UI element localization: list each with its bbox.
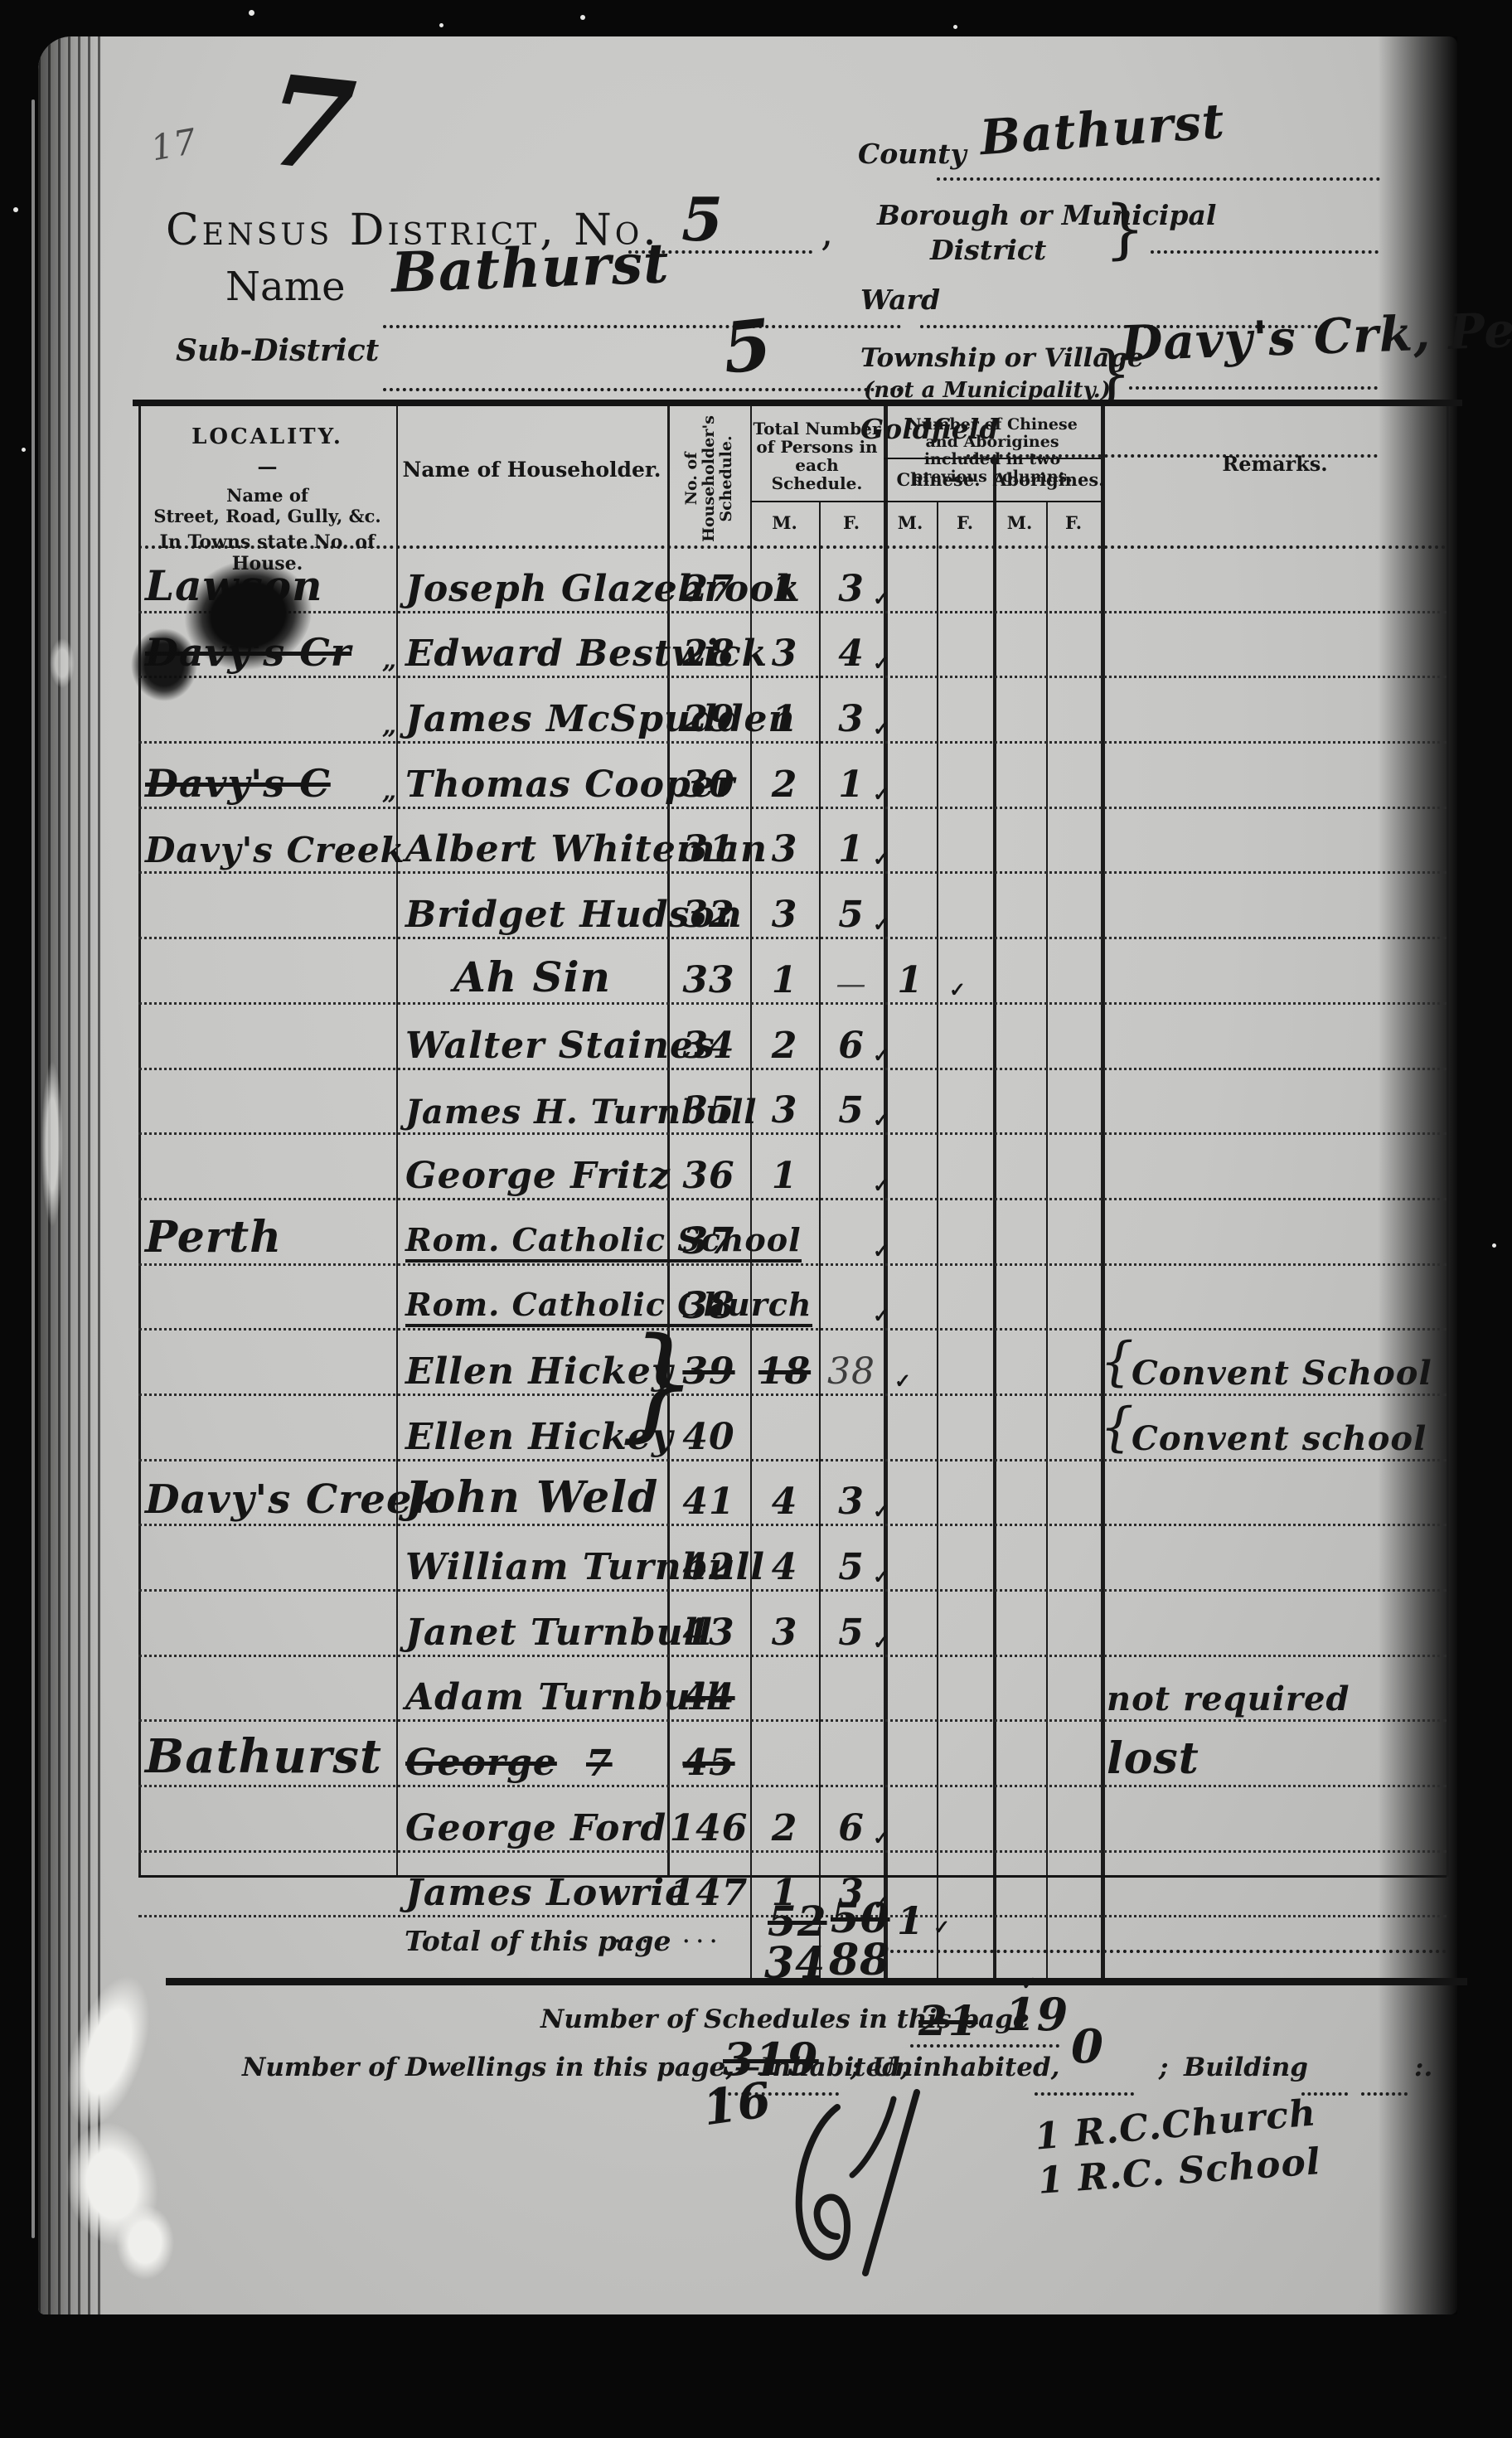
tally-tick: ✓	[873, 651, 890, 675]
remarks-brace: {	[1100, 1331, 1135, 1393]
pencil-folio-number: 17	[148, 121, 200, 169]
householder-name-struck: George	[405, 1742, 557, 1784]
table-row: Lawson Joseph Glazebrook 27 1 3 ✓	[138, 548, 1447, 613]
uninhabited-line	[1035, 2092, 1134, 2096]
schedule-no: 30	[667, 763, 750, 806]
table-row: „ James McSpudden 29 1 3 ✓	[138, 678, 1447, 744]
ink-blot	[131, 628, 197, 701]
tally-tick: ✓	[873, 1043, 890, 1067]
schedule-no: 36	[667, 1155, 750, 1197]
tally-tick: ✓	[873, 846, 890, 870]
schedule-no: 41	[667, 1481, 750, 1523]
table-row: Janet Turnbull 43 3 5 ✓	[138, 1592, 1447, 1657]
locality-dash: —	[138, 454, 396, 478]
district-no-value: 5	[681, 184, 724, 254]
tally-tick: ✓	[873, 1173, 890, 1197]
chinese-males-value: 1	[884, 959, 937, 1001]
header-divider	[750, 501, 1101, 502]
chinese-label: Chinese.	[884, 469, 993, 490]
ditto-mark: „	[382, 777, 397, 806]
table-row: Davy's Cr „ Edward Bestwick 28 3 4 ✓	[138, 613, 1447, 679]
locality-value-struck: Davy's C	[145, 761, 331, 806]
table-row: Ah Sin 33 1 — 1 ✓	[138, 939, 1447, 1005]
tally-tick: ✓	[949, 977, 967, 1001]
ditto-mark: „	[382, 646, 397, 675]
males-value: 3	[750, 1612, 819, 1654]
totals-chinese-m: 1	[897, 1898, 924, 1943]
table-row: Davy's Creek Albert Whiteman 31 3 1 ✓	[138, 809, 1447, 875]
dwellings-semicolon-2: ;	[1159, 2053, 1168, 2082]
householder-name-tail: 7	[586, 1742, 613, 1785]
table-row: Rom. Catholic Church 38 ✓	[138, 1266, 1447, 1331]
tally-tick: ✓	[873, 912, 890, 936]
inhabited-corrected: 16	[700, 2072, 775, 2137]
females-value: 38	[819, 1350, 884, 1393]
schedule-no: 31	[667, 828, 750, 870]
building-punct: :.	[1414, 2053, 1432, 2082]
remarks-header: Remarks.	[1159, 452, 1391, 476]
remarks-value: lost	[1107, 1733, 1199, 1784]
males-value: 4	[750, 1481, 819, 1523]
persons-header: Total Number of Persons in each Schedule…	[753, 419, 881, 492]
page-damage-mark	[116, 2205, 174, 2280]
table-row: George Fritz 36 1 ✓	[138, 1135, 1447, 1200]
tally-tick: ✓	[873, 586, 890, 610]
schedule-rows: Lawson Joseph Glazebrook 27 1 3 ✓ Davy's…	[138, 548, 1447, 1917]
ward-label: Ward	[860, 284, 940, 316]
census-page-photo: { "header": { "pencil_number": "17", "pa…	[0, 0, 1512, 2438]
tally-tick: ✓	[873, 1238, 890, 1263]
district-comma: ,	[821, 209, 833, 255]
uninhabited-label: Uninhabited,	[872, 2053, 1059, 2082]
schedules-value: 19	[1005, 1988, 1069, 2041]
dust-speck	[1492, 1243, 1496, 1248]
borough-brace: }	[1104, 192, 1146, 267]
remarks-value: Convent School	[1132, 1354, 1432, 1393]
males-value: 3	[750, 633, 819, 675]
chinese-male-header: M.	[884, 512, 937, 533]
schedule-no: 32	[667, 894, 750, 936]
males-value-struck: 18	[750, 1350, 819, 1393]
building-line-2	[1361, 2092, 1408, 2096]
county-line	[937, 177, 1380, 181]
building-label: Building	[1184, 2053, 1308, 2082]
females-value: —	[819, 967, 884, 1001]
householder-header: Name of Householder.	[396, 458, 667, 482]
uninhabited-value: 0	[1071, 2019, 1104, 2074]
schedule-no: 33	[667, 959, 750, 1001]
sub-district-line	[383, 388, 901, 391]
males-value: 3	[750, 828, 819, 870]
totals-dotted-line	[884, 1950, 1447, 1953]
table-row: Adam Turnbull 44 not required	[138, 1657, 1447, 1723]
tally-tick: ✓	[873, 782, 890, 806]
males-value: 1	[750, 568, 819, 610]
males-value: 3	[750, 894, 819, 936]
signature-flourish	[778, 2089, 960, 2284]
page-damage-mark	[50, 638, 75, 688]
schedule-no-struck: 45	[667, 1742, 750, 1784]
locality-sub2: Street, Road, Gully, &c.	[138, 506, 396, 526]
county-label: County	[858, 138, 967, 170]
males-value: 3	[750, 1089, 819, 1132]
borough-line	[1151, 250, 1379, 254]
table-row: Perth Rom. Catholic School 37 ✓	[138, 1200, 1447, 1266]
schedule-no: 29	[667, 698, 750, 740]
schedule-no: 34	[667, 1025, 750, 1067]
remarks-value: Convent school	[1132, 1419, 1427, 1458]
sub-district-value: 5	[719, 303, 776, 390]
tally-tick: ✓	[873, 1108, 890, 1132]
table-row: James H. Turnbull 35 3 5 ✓	[138, 1070, 1447, 1136]
householder-name: Ah Sin	[453, 952, 611, 1001]
householder-name: James Lowrie	[405, 1872, 689, 1914]
dust-speck	[249, 10, 254, 16]
householder-name: Rom. Catholic Church	[405, 1286, 812, 1327]
township-line	[1129, 386, 1378, 390]
males-value: 1	[750, 1155, 819, 1197]
col-line	[1447, 406, 1449, 1877]
dust-speck	[13, 207, 18, 212]
males-value: 1	[750, 698, 819, 740]
schedule-no: 147	[667, 1872, 750, 1914]
schedule-no: 27	[667, 568, 750, 610]
householder-name: John Weld	[405, 1472, 658, 1523]
tally-tick: ✓	[894, 1369, 912, 1393]
totals-leader-dots: .... ...	[613, 1917, 723, 1949]
aborigines-label: Aborigines.	[993, 469, 1101, 490]
remarks-value: not required	[1107, 1679, 1350, 1718]
males-value: 2	[750, 1807, 819, 1849]
table-row: Bathurst George 7 45 lost	[138, 1722, 1447, 1787]
locality-value: Bathurst	[145, 1729, 382, 1784]
persons-female-header: F.	[819, 512, 884, 533]
page-damage-mark	[41, 1061, 63, 1227]
aborigines-female-header: F.	[1046, 512, 1101, 533]
males-value: 1	[750, 959, 819, 1001]
schedule-no-header: No. of Householder's Schedule.	[667, 410, 750, 547]
table-top-rule	[133, 400, 1462, 406]
dwellings-semicolon-1: ;	[850, 2053, 860, 2082]
tally-tick: ✓	[873, 1303, 890, 1327]
schedule-no-struck: 44	[667, 1676, 750, 1718]
schedule-no: 42	[667, 1546, 750, 1588]
dust-speck	[439, 23, 443, 27]
persons-male-header: M.	[750, 512, 819, 533]
tally-tick: ✓	[873, 1499, 890, 1523]
hickey-rows-brace: }	[620, 1311, 699, 1454]
name-value: Bathurst	[390, 230, 671, 305]
schedule-no: 28	[667, 633, 750, 675]
page-edge-highlight	[31, 99, 35, 2238]
name-line	[383, 325, 901, 328]
males-value: 2	[750, 763, 819, 806]
table-row: William Turnbull 42 4 5 ✓	[138, 1526, 1447, 1592]
table-row: Bridget Hudson 32 3 5 ✓	[138, 874, 1447, 939]
dust-speck	[953, 25, 957, 29]
totals-top-rule	[138, 1875, 1447, 1878]
householder-name: George Fritz	[405, 1155, 671, 1197]
schedule-no: 146	[667, 1807, 750, 1849]
schedule-no: 35	[667, 1089, 750, 1132]
table-row: Davy's Creek John Weld 41 4 3 ✓	[138, 1461, 1447, 1527]
schedule-no: 37	[667, 1220, 750, 1263]
tally-tick: ✓	[873, 1564, 890, 1588]
table-row: George Ford 146 2 6 ✓	[138, 1787, 1447, 1853]
table-row: Davy's C „ Thomas Cooper 30 2 1 ✓	[138, 744, 1447, 809]
table-row: Ellen Hickey 39 18 38 ✓ { Convent School	[138, 1330, 1447, 1396]
tally-tick: ✓	[873, 1630, 890, 1654]
name-label: Name	[225, 264, 346, 310]
table-row: Ellen Hickey 40 { Convent school	[138, 1396, 1447, 1461]
table-bottom-rule	[166, 1978, 1467, 1985]
ditto-mark: „	[382, 711, 397, 740]
males-value: 4	[750, 1546, 819, 1588]
sub-district-label: Sub-District	[176, 333, 379, 368]
dust-speck	[580, 15, 585, 20]
males-value: 2	[750, 1025, 819, 1067]
locality-value: Perth	[145, 1212, 282, 1263]
locality-value: Davy's Creek	[145, 1476, 441, 1523]
householder-name: George Ford	[405, 1807, 666, 1849]
totals-tick: ✓	[933, 1915, 951, 1939]
locality-value: Davy's Creek	[145, 830, 405, 870]
locality-title: LOCALITY.	[138, 424, 396, 449]
borough-label-1: Borough or Municipal	[877, 199, 1216, 231]
remarks-brace: {	[1100, 1397, 1135, 1458]
locality-sub1: Name of	[138, 485, 396, 506]
chinese-female-header: F.	[937, 512, 993, 533]
tally-tick: ✓	[873, 716, 890, 740]
table-row: Walter Staines 34 2 6 ✓	[138, 1005, 1447, 1070]
schedule-no: 43	[667, 1612, 750, 1654]
handwritten-page-number: 7	[259, 47, 361, 201]
dust-speck	[22, 448, 26, 452]
borough-label-2: District	[930, 234, 1046, 266]
schedules-crossed: 21	[918, 1996, 978, 2045]
aborigines-male-header: M.	[993, 512, 1046, 533]
tally-tick: ✓	[873, 1825, 890, 1849]
